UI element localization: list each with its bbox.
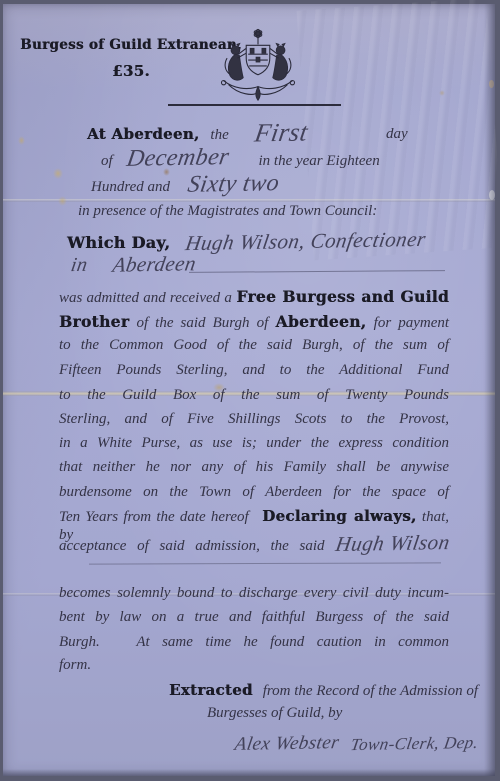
stain-mark <box>18 136 25 145</box>
at-aberdeen-label: At Aberdeen, <box>87 125 199 143</box>
free-burgess-label: Free Burgess and Guild <box>236 287 449 306</box>
grant-line-3: to the Common Good of the said Burgh, of… <box>59 337 449 354</box>
obligation-line-2: bent by law on a true and faithful Burge… <box>59 609 449 626</box>
paper-bottom-edge-shadow <box>3 769 495 776</box>
stain-mark <box>58 196 67 206</box>
stain-mark <box>53 168 63 179</box>
grant-line-6: Sterling, and of Five Shillings Scots to… <box>59 411 449 428</box>
which-day-label: Which Day, <box>67 233 170 252</box>
day-name-handwritten: First <box>252 118 309 149</box>
grant-line-7: in a White Purse, as use is; under the e… <box>59 435 449 452</box>
aberdeen-label: Aberdeen, <box>276 312 367 331</box>
dateline-line-1: At Aberdeen, the First <box>87 118 307 148</box>
grant-line-1: was admitted and received a Free Burgess… <box>59 287 449 307</box>
month-handwritten: December <box>124 144 230 173</box>
grant-line-8: that neither he nor any of his Family sh… <box>59 459 449 476</box>
grant-line-4: Fifteen Pounds Sterling, and to the Addi… <box>59 362 449 379</box>
declaring-always-label: Declaring always, <box>262 507 416 525</box>
dateline-line-3: Hundred and Sixty two <box>91 171 279 198</box>
which-day-line: Which Day, Hugh Wilson, Confectioner <box>67 229 425 254</box>
presence-line: in presence of the Magistrates and Town … <box>78 203 377 220</box>
paper-right-edge-shadow <box>484 4 495 776</box>
the-label: the <box>210 127 228 143</box>
handwritten-flourish-line <box>189 270 445 275</box>
clerk-signature: Alex Webster <box>233 732 341 756</box>
grant-line-11: acceptance of said admission, the said H… <box>59 531 449 556</box>
signature-line: Alex Webster Town-Clerk, Dep. <box>235 733 478 755</box>
extracted-label: Extracted <box>169 681 253 699</box>
certificate-paper: Burgess of Guild Extranean, £35. <box>3 4 495 776</box>
dateline-line-2: of December in the year Eighteen <box>101 145 380 172</box>
grantee-name-handwritten: Hugh Wilson, Confectioner <box>184 227 428 256</box>
year-handwritten: Sixty two <box>186 170 281 199</box>
of-label: of <box>101 153 113 169</box>
grantee-repeat-handwritten: Hugh Wilson <box>333 530 451 557</box>
extract-line-1: Extracted from the Record of the Admissi… <box>169 681 478 700</box>
fold-crease <box>3 199 495 202</box>
clerk-title-handwritten: Town-Clerk, Dep. <box>349 733 480 755</box>
fee-amount: £35. <box>112 62 150 81</box>
grant-line-2: Brother of the said Burgh of Aberdeen, f… <box>59 312 449 332</box>
grant-line-9: burdensome on the Town of Aberdeen for t… <box>59 484 449 501</box>
extract-line-2: Burgesses of Guild, by <box>207 705 342 722</box>
brother-label: Brother <box>59 312 129 331</box>
stain-mark <box>439 90 445 96</box>
photographed-certificate: Burgess of Guild Extranean, £35. <box>0 0 500 781</box>
header-rule <box>168 104 341 106</box>
obligation-line-1: becomes solemnly bound to discharge ever… <box>59 585 449 602</box>
grant-line-5: to the Guild Box of the sum of Twenty Po… <box>59 387 449 404</box>
handwritten-flourish-line <box>89 562 441 566</box>
place-handwritten: Aberdeen <box>111 251 198 277</box>
in-handwritten: in <box>69 254 89 277</box>
obligation-line-4: form. <box>59 657 91 674</box>
day-label: day <box>386 126 408 143</box>
year-prefix-label: in the year Eighteen <box>259 153 380 169</box>
obligation-line-3: Burgh. At same time he found caution in … <box>59 633 449 651</box>
grantee-place-line: in Aberdeen <box>71 252 196 277</box>
year-mid-label: Hundred and <box>91 179 170 195</box>
aberdeen-coat-of-arms-icon <box>204 24 312 104</box>
